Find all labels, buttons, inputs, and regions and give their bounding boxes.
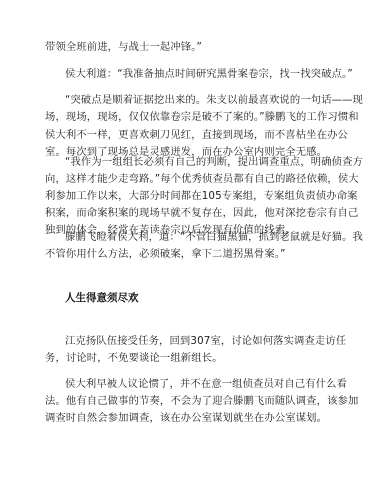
paragraph-line: 侯大利早被人议论惯了，并不在意一组侦查员对自己有什么看 xyxy=(65,378,327,390)
paragraph-line: 江克扬队伍接受任务，回到307室，讨论如何落实调查走访任 xyxy=(65,335,327,347)
paragraph-line: 不管你用什么方法，必须破案，拿下二道拐黑骨案。” xyxy=(45,248,327,260)
paragraph-line: 务，讨论时，不免要谈论一组新组长。 xyxy=(45,352,327,364)
paragraph-line: 积案，而命案积案的现场早就不复存在，因此，他对深挖卷宗有自己 xyxy=(45,207,327,219)
section-heading: 人生得意须尽欢 xyxy=(65,292,139,304)
paragraph-line: 调查时自然会参加调查，该在办公室谋划就坐在办公室谋划。 xyxy=(45,412,327,424)
paragraph-line: “我作为一组组长必须有自己的判断，提出调查重点，明确侦查方 xyxy=(65,156,327,168)
document-page: 带领全班前进，与战士一起冲锋。” 侯大利道：“我准备抽点时间研究黑骨案卷宗，找一… xyxy=(0,0,370,480)
paragraph-line: 场，现场，现场，仅仅依靠卷宗是破不了案的。”滕鹏飞的工作习惯和 xyxy=(45,111,327,123)
paragraph-line: 法。他有自己做事的节奏，不会为了迎合滕鹏飞而随队调查，该参加 xyxy=(45,395,327,407)
paragraph-line: 带领全班前进，与战士一起冲锋。” xyxy=(45,41,327,53)
paragraph-line: 侯大利不一样，更喜欢刺刀见红，直接到现场，而不喜枯坐在办公 xyxy=(45,129,327,141)
paragraph-line: 滕鹏飞瞪着侯大利，道：“不管白猫黑猫，抓到老鼠就是好猫。我 xyxy=(65,231,327,243)
paragraph-line: 利参加工作以来，大部分时间都在105专案组，专案组负责侦办命案 xyxy=(45,190,327,202)
paragraph-line: 向，这样才能少走弯路。”每个优秀侦查员都有自己的路径依赖，侯大 xyxy=(45,173,327,185)
paragraph-line: “突破点是顺着证据挖出来的。朱支以前最喜欢说的一句话——现 xyxy=(65,94,327,106)
paragraph-line: 侯大利道：“我准备抽点时间研究黑骨案卷宗，找一找突破点。” xyxy=(65,68,327,80)
